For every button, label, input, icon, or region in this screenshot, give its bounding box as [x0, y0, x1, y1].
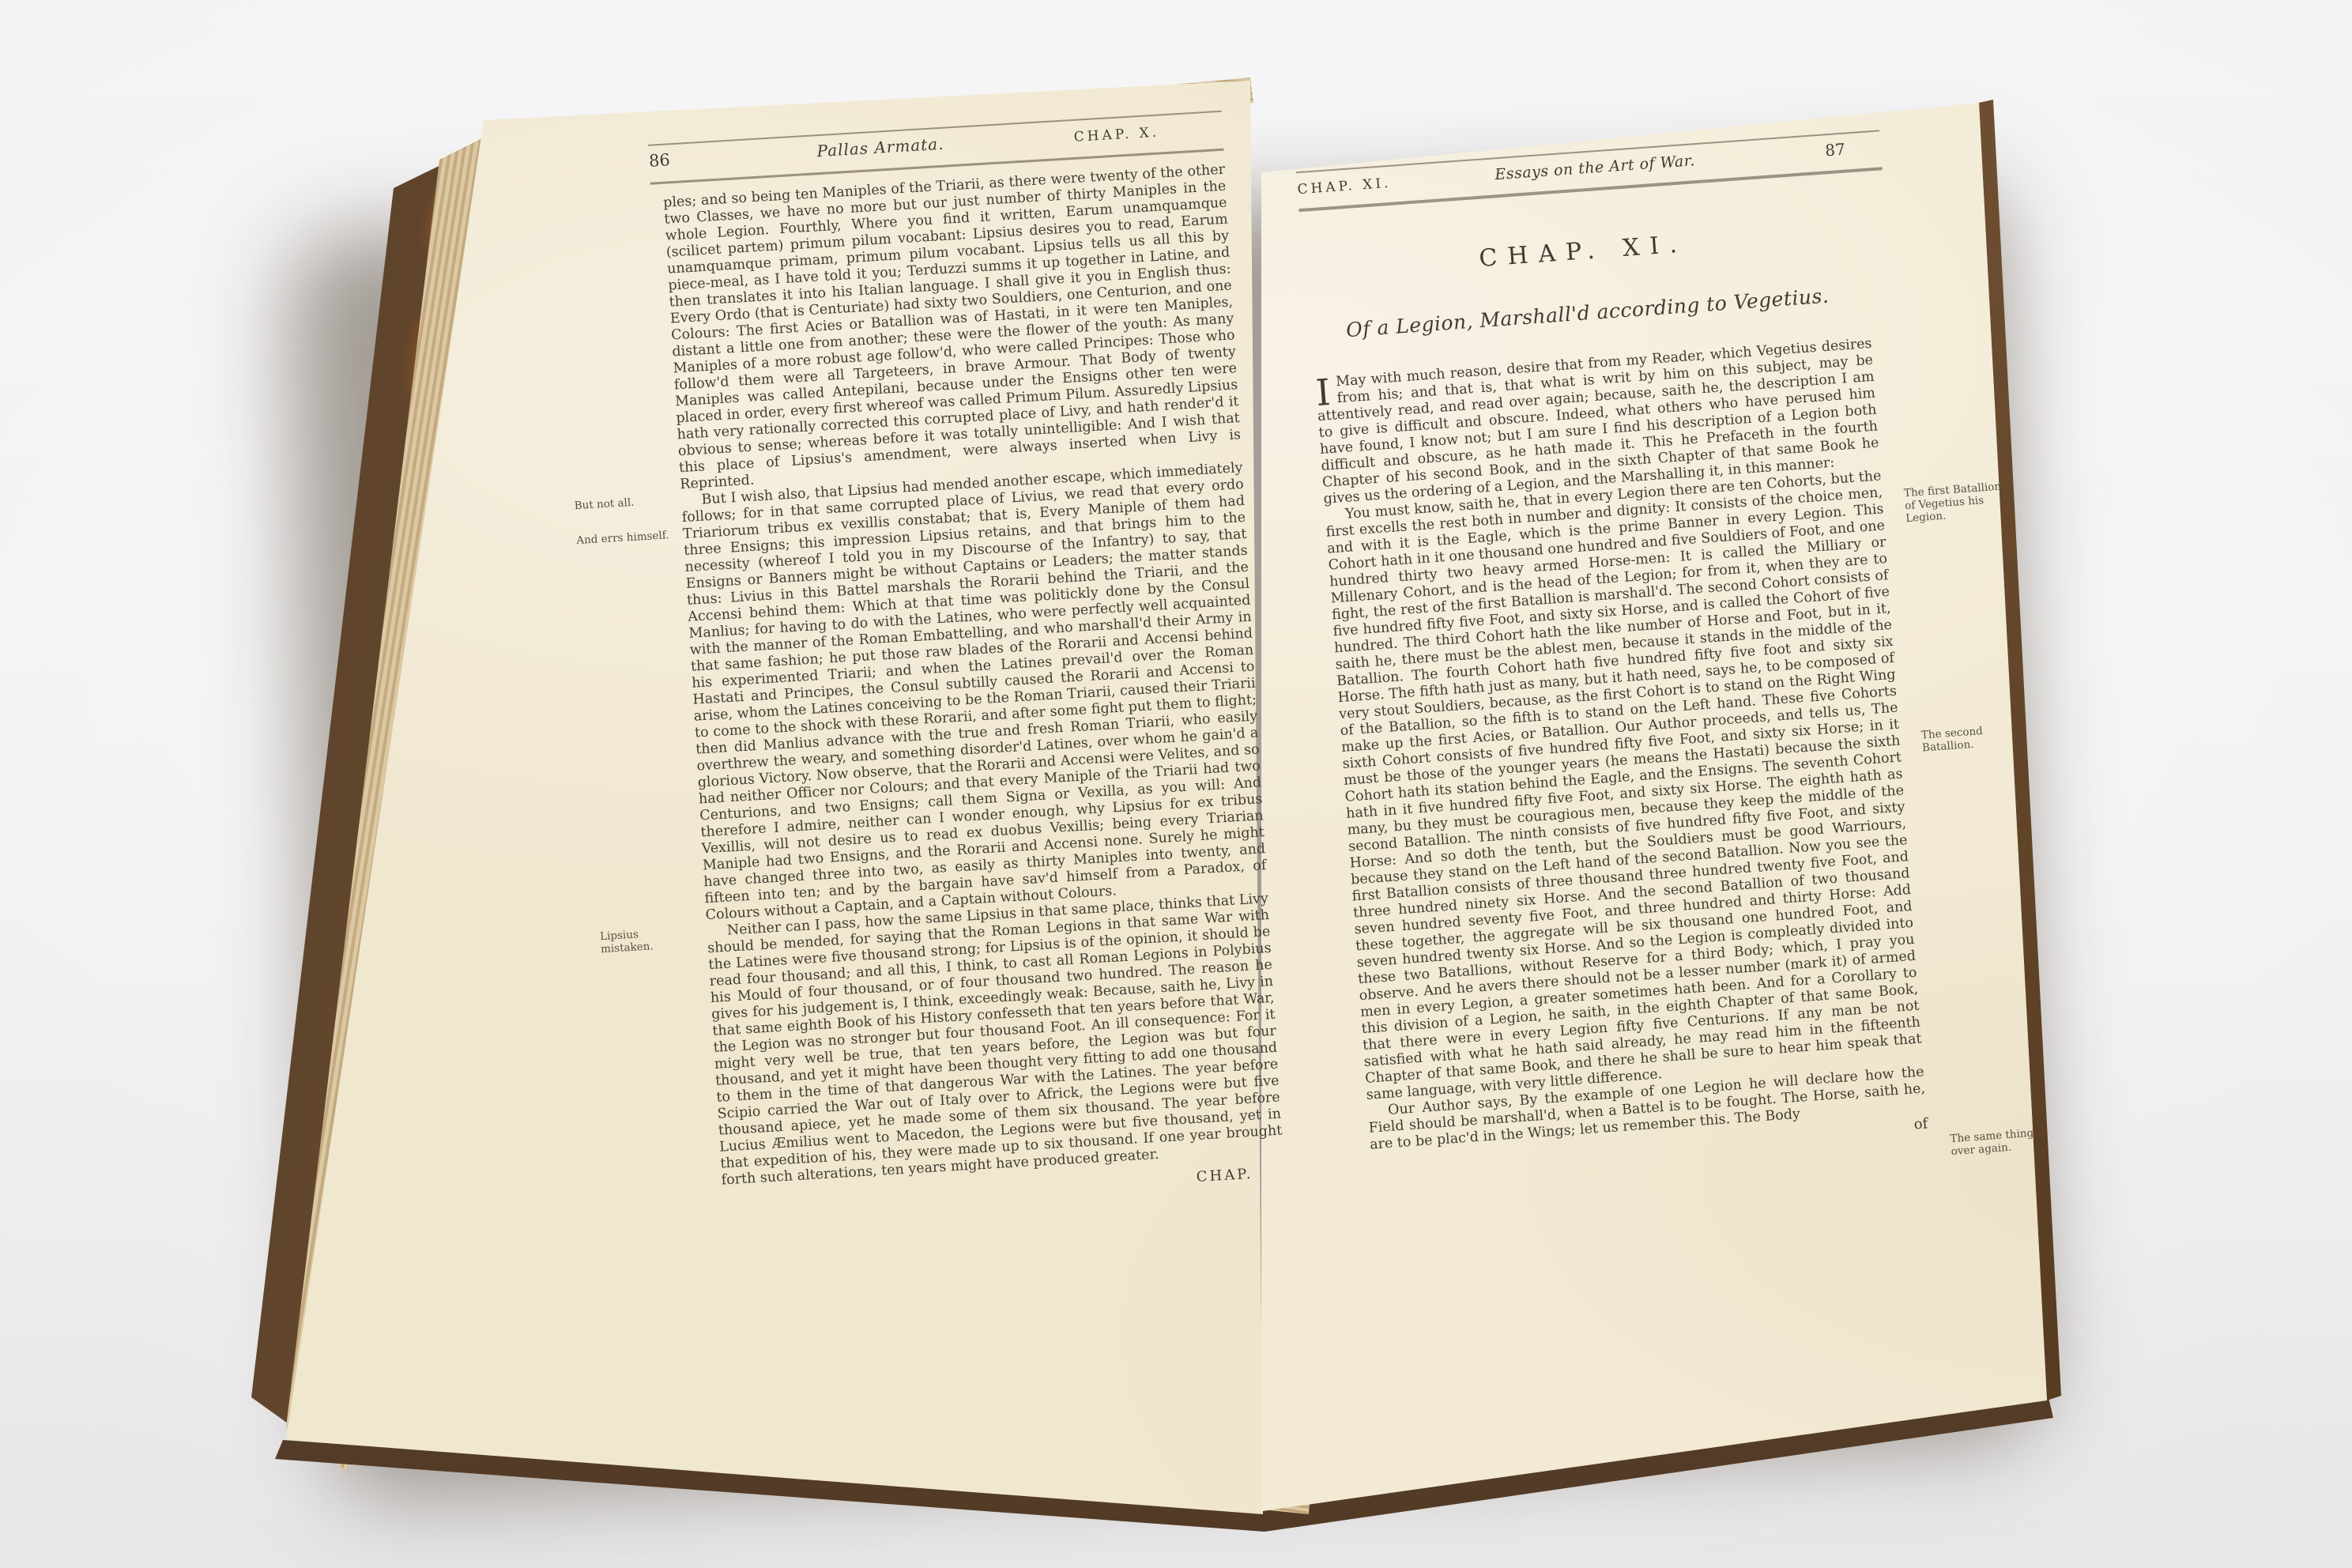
- chapter-heading: CHAP. XI.: [1306, 218, 1860, 285]
- left-body-text: ples; and so being ten Maniples of the T…: [663, 162, 1283, 1189]
- right-page-number: 87: [1742, 137, 1881, 165]
- right-page-content: CHAP. XI. Essays on the Art of War. 87 C…: [1288, 122, 2053, 1173]
- left-chapter-header: CHAP. X.: [1025, 121, 1223, 149]
- paragraph: ples; and so being ten Maniples of the T…: [663, 162, 1242, 494]
- margin-note: The first Batallion of Vegetius his Legi…: [1903, 480, 2007, 525]
- left-page-number: 86: [648, 146, 736, 170]
- chapter-subtitle: Of a Legion, Marshall'd according to Veg…: [1311, 281, 1864, 344]
- right-body-text: IMay with much reason, desire that from …: [1314, 336, 1927, 1154]
- drop-cap: I: [1314, 374, 1337, 409]
- right-chapter-header: CHAP. XI.: [1297, 171, 1448, 198]
- paragraph: But I wish also, that Lipsius had mended…: [680, 460, 1268, 924]
- paragraph: Neither can I pass, how the same Lipsius…: [706, 891, 1283, 1189]
- margin-note: But not all.: [574, 494, 668, 512]
- margin-note: The second Batallion.: [1920, 722, 2023, 754]
- left-page-content: 86 Pallas Armata. CHAP. X. But not all. …: [553, 110, 1295, 1220]
- paragraph: You must know, saith he, that in every L…: [1324, 468, 1923, 1104]
- margin-note: Lipsius mistaken.: [600, 925, 695, 955]
- margin-note: And errs himself.: [576, 529, 670, 547]
- photo-of-open-book: 86 Pallas Armata. CHAP. X. But not all. …: [0, 0, 2352, 1568]
